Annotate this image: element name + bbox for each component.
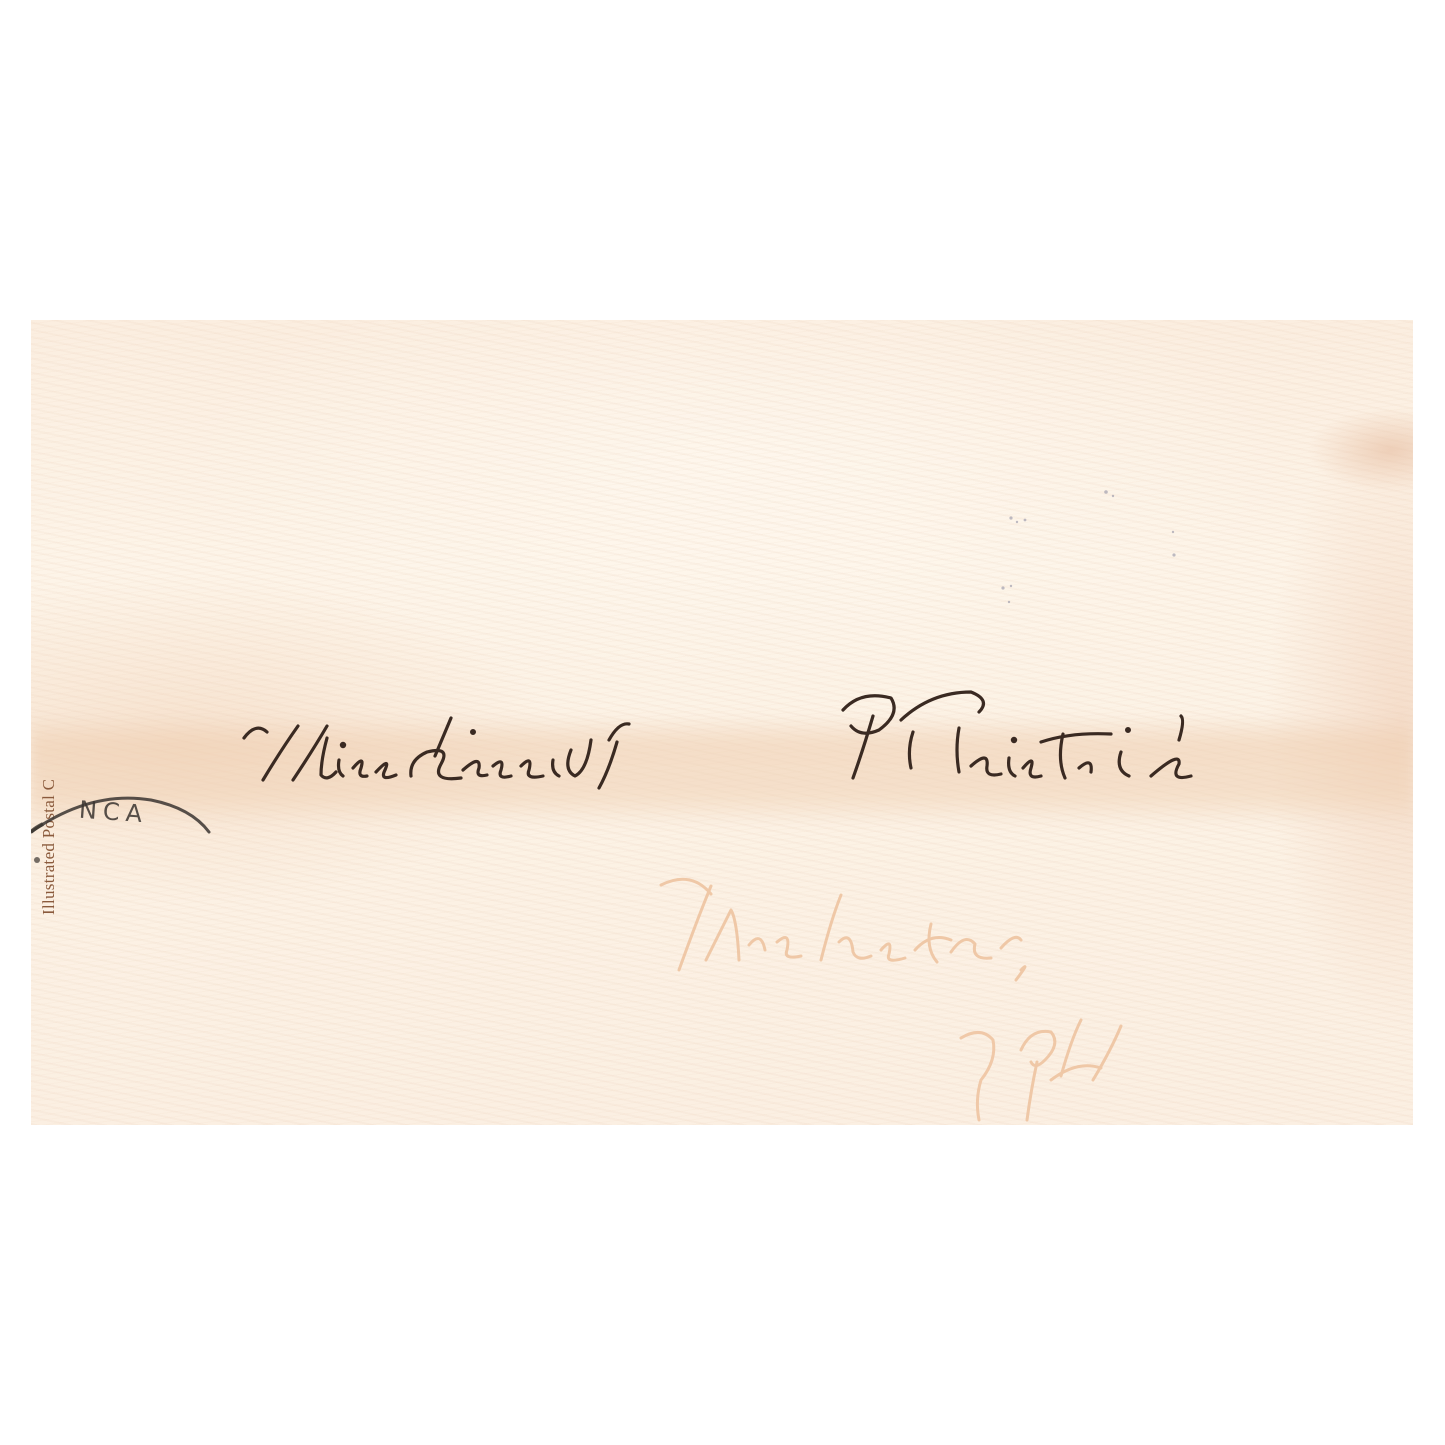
address-line3-strokes: [961, 1020, 1121, 1120]
handwritten-address: [31, 320, 1413, 1125]
postcard-back: Illustrated Postal C NCA: [31, 320, 1413, 1125]
address-line2-strokes: [661, 879, 1025, 980]
address-line1-strokes: [244, 692, 1191, 788]
